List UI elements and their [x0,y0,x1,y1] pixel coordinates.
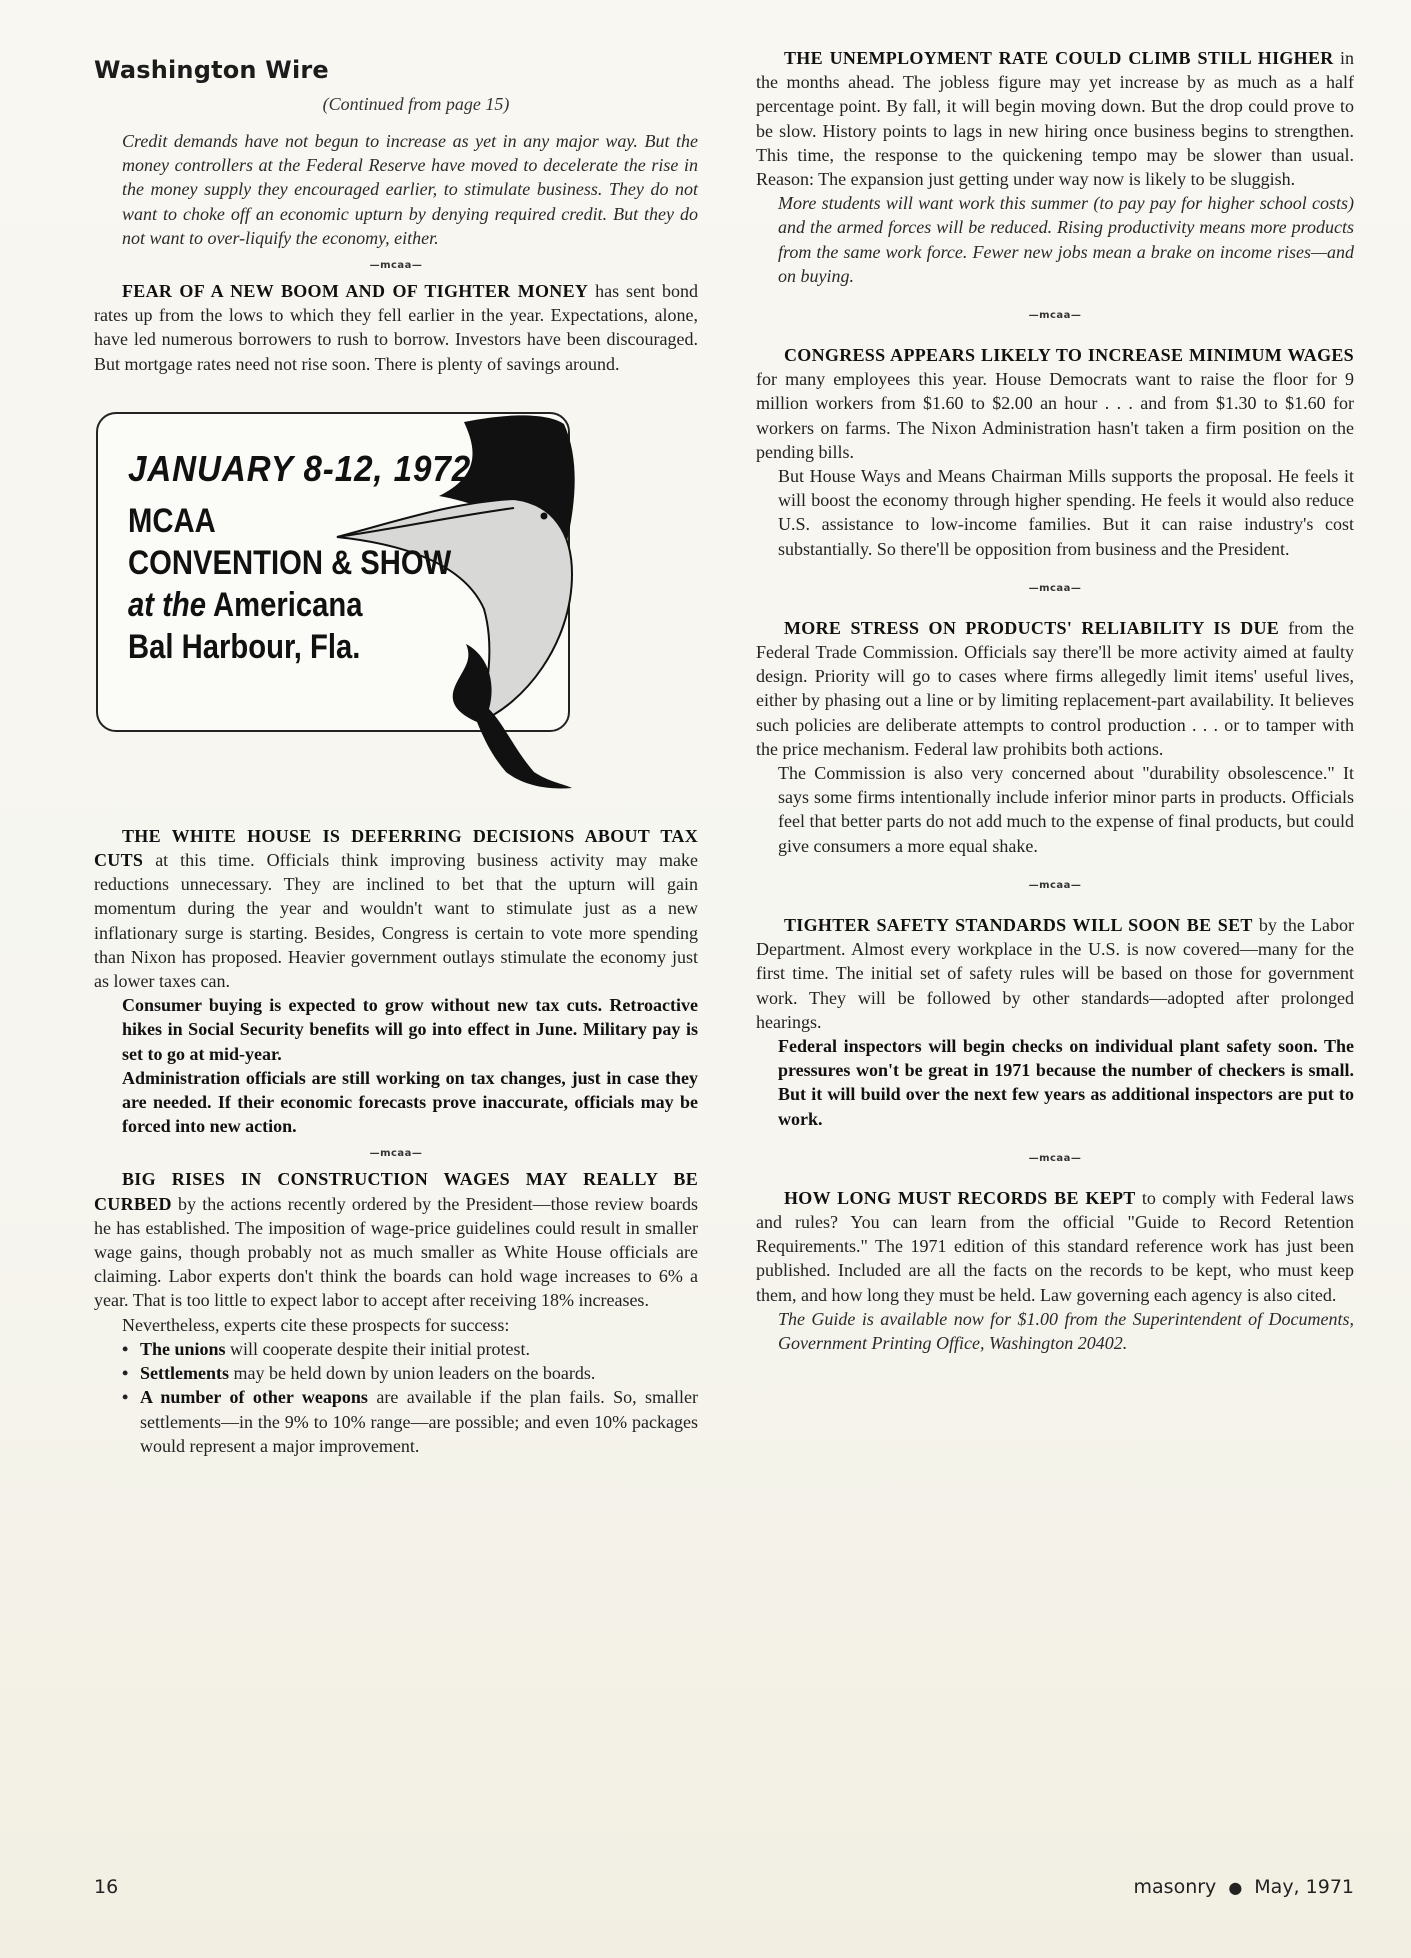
ad-venue: at the Americana [128,584,451,626]
ad-event: CONVENTION & SHOW [128,542,451,584]
bold-paragraph: Consumer buying is expected to grow with… [94,993,698,1066]
article-body: from the Federal Trade Commission. Offic… [756,618,1354,759]
article-minimum-wages: CONGRESS APPEARS LIKELY TO INCREASE MINI… [756,343,1354,464]
section-title: Washington Wire [94,56,698,84]
separator: —mcaa— [756,880,1354,891]
followup-paragraph: The Commission is also very concerned ab… [756,761,1354,858]
article-tax-cuts: THE WHITE HOUSE IS DEFERRING DECISIONS A… [94,824,698,993]
ad-location: Bal Harbour, Fla. [128,626,451,668]
left-column: Washington Wire (Continued from page 15)… [94,56,698,1458]
separator: —mcaa— [756,310,1354,321]
article-headline: CONGRESS APPEARS LIKELY TO INCREASE MINI… [784,345,1354,365]
right-column: THE UNEMPLOYMENT RATE COULD CLIMB STILL … [756,46,1354,1355]
intro-italic-paragraph: Credit demands have not begun to increas… [94,129,698,250]
bold-paragraph: Administration officials are still worki… [94,1066,698,1139]
ad-date: JANUARY 8-12, 1972 [128,448,474,490]
article-unemployment: THE UNEMPLOYMENT RATE COULD CLIMB STILL … [756,46,1354,191]
issue-date: May, 1971 [1254,1876,1354,1898]
list-item: Settlements may be held down by union le… [122,1361,698,1385]
italic-paragraph: More students will want work this summer… [756,191,1354,288]
ad-text: JANUARY 8-12, 1972 MCAA CONVENTION & SHO… [128,448,504,668]
italic-paragraph: The Guide is available now for $1.00 fro… [756,1307,1354,1355]
ad-venue-name: Americana [206,586,363,624]
bold-paragraph: Federal inspectors will begin checks on … [756,1034,1354,1131]
publication-info: masonry●May, 1971 [1134,1876,1354,1898]
separator: —mcaa— [756,1153,1354,1164]
article-headline: THE UNEMPLOYMENT RATE COULD CLIMB STILL … [784,48,1334,68]
article-headline: HOW LONG MUST RECORDS BE KEPT [784,1188,1136,1208]
article-headline: TIGHTER SAFETY STANDARDS WILL SOON BE SE… [784,915,1253,935]
article-safety-standards: TIGHTER SAFETY STANDARDS WILL SOON BE SE… [756,913,1354,1034]
ad-org: MCAA [128,500,451,542]
followup-paragraph: But House Ways and Means Chairman Mills … [756,464,1354,561]
article-body: by the actions recently ordered by the P… [94,1194,698,1311]
separator: —mcaa— [756,583,1354,594]
page-number: 16 [94,1876,118,1898]
article-record-retention: HOW LONG MUST RECORDS BE KEPT to comply … [756,1186,1354,1307]
article-body: at this time. Officials think improving … [94,850,698,991]
publication-name: masonry [1134,1876,1217,1898]
article-headline: FEAR OF A NEW BOOM AND OF TIGHTER MONEY [122,281,588,301]
article-construction-wages: BIG RISES IN CONSTRUCTION WAGES MAY REAL… [94,1167,698,1312]
list-item: A number of other weapons are available … [122,1385,698,1458]
bullet-separator-icon: ● [1228,1878,1242,1897]
separator: —mcaa— [94,260,698,271]
article-bond-rates: FEAR OF A NEW BOOM AND OF TIGHTER MONEY … [94,279,698,376]
article-body: for many employees this year. House Demo… [756,369,1354,462]
followup-paragraph: Nevertheless, experts cite these prospec… [94,1313,698,1337]
article-headline: MORE STRESS ON PRODUCTS' RELIABILITY IS … [784,618,1279,638]
article-body: in the months ahead. The jobless figure … [756,48,1354,189]
prospects-list: The unions will cooperate despite their … [94,1337,698,1458]
list-item: The unions will cooperate despite their … [122,1337,698,1361]
separator: —mcaa— [94,1148,698,1159]
convention-advertisement: JANUARY 8-12, 1972 MCAA CONVENTION & SHO… [94,404,698,804]
continued-note: (Continued from page 15) [94,94,698,115]
article-product-reliability: MORE STRESS ON PRODUCTS' RELIABILITY IS … [756,616,1354,761]
ad-venue-prefix: at the [128,586,206,624]
